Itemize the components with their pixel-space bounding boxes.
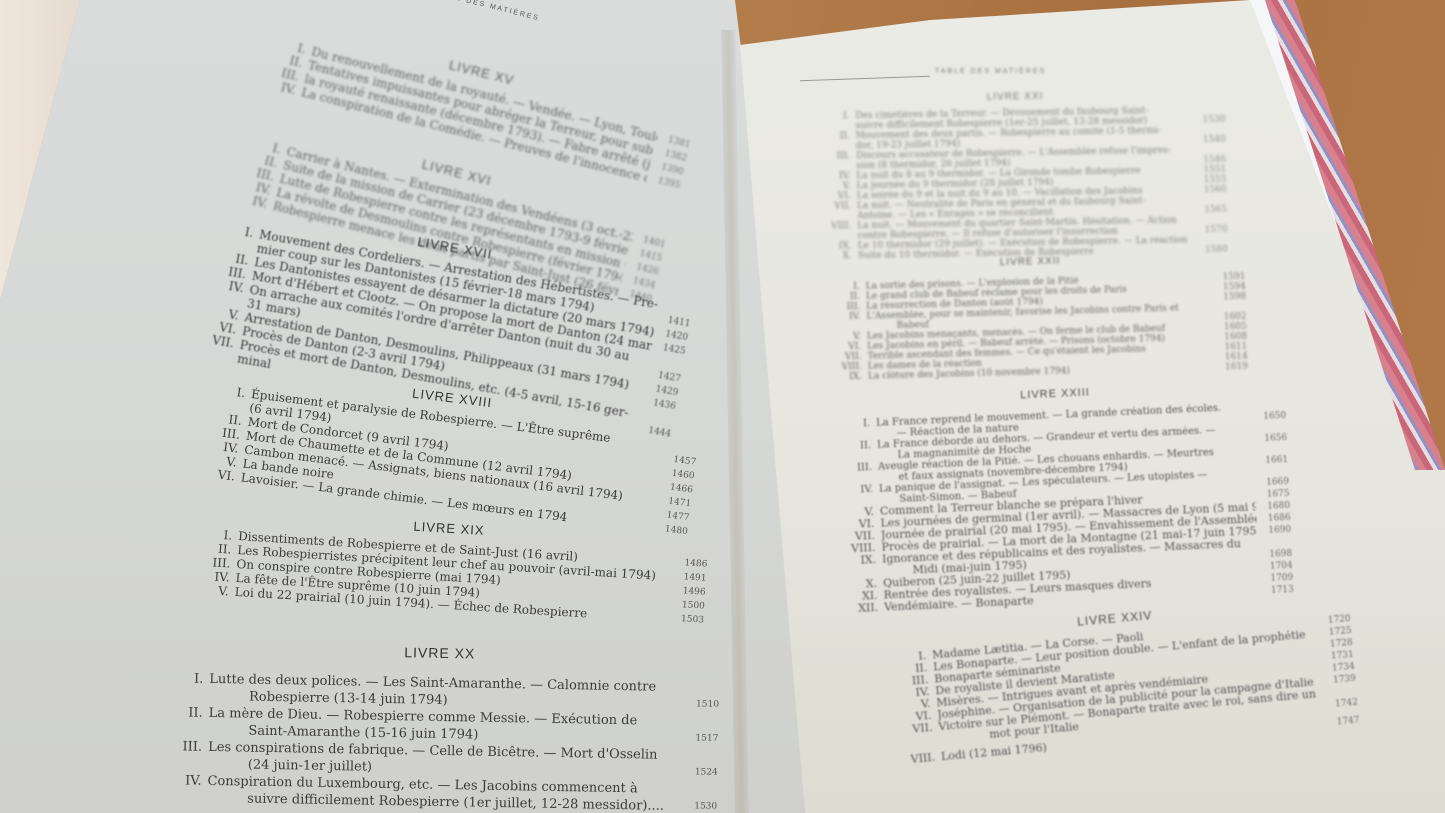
book-section: LIVRE XXII I.La sortie des prisons. — L'… (815, 251, 1248, 383)
book-section: LIVRE XX I.Lutte des deux polices. — Les… (157, 640, 720, 813)
book-section: LIVRE XXIII I.La France reprend le mouve… (825, 378, 1294, 616)
book-section: LIVRE XXI I.Des cimetières de la Terreur… (805, 88, 1228, 262)
right-running-head: TABLE DES MATIÈRES (935, 68, 1046, 75)
